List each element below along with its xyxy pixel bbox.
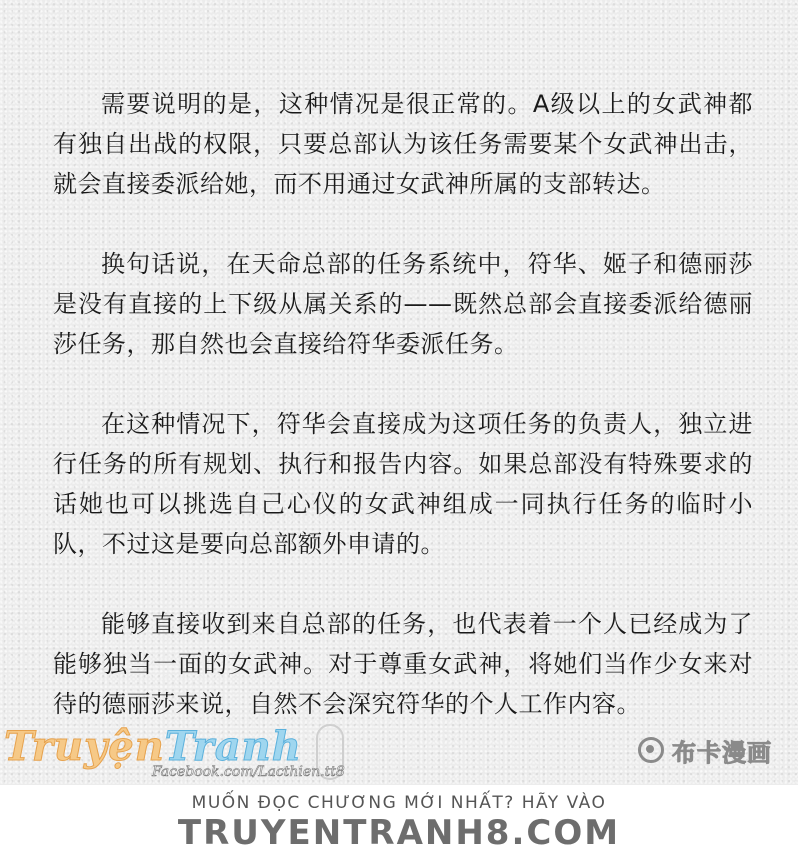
paragraph: 需要说明的是，这种情况是很正常的。A级以上的女武神都有独自出战的权限，只要总部认… [53,84,753,204]
novel-page: 需要说明的是，这种情况是很正常的。A级以上的女武神都有独自出战的权限，只要总部认… [0,0,798,785]
footer-site-link[interactable]: TRUYENTRANH8.COM [0,813,798,853]
bika-logo-icon [638,737,664,763]
site-footer-banner: Muốn đọc chương mới nhất? Hãy vào TRUYEN… [0,785,798,857]
watermark-title-part2: Tranh [165,723,302,770]
article-body: 需要说明的是，这种情况是很正常的。A级以上的女武神都有独自出战的权限，只要总部认… [53,84,753,724]
paragraph: 能够直接收到来自总部的任务，也代表着一个人已经成为了能够独当一面的女武神。对于尊… [53,604,753,724]
paragraph: 换句话说，在天命总部的任务系统中，符华、姬子和德丽莎是没有直接的上下级从属关系的… [53,244,753,364]
watermark-facebook-link: Facebook.com/Lacthien.tt8 [152,764,345,780]
bika-watermark: 布卡漫画 [638,732,772,768]
paragraph: 在这种情况下，符华会直接成为这项任务的负责人，独立进行任务的所有规划、执行和报告… [53,404,753,564]
bika-brand-text: 布卡漫画 [672,733,772,768]
truyentranh-watermark: TruyệnTranh Facebook.com/Lacthien.tt8 [4,724,404,784]
watermark-title-part1: Truyện [4,723,165,770]
footer-prompt: Muốn đọc chương mới nhất? Hãy vào [0,793,798,813]
